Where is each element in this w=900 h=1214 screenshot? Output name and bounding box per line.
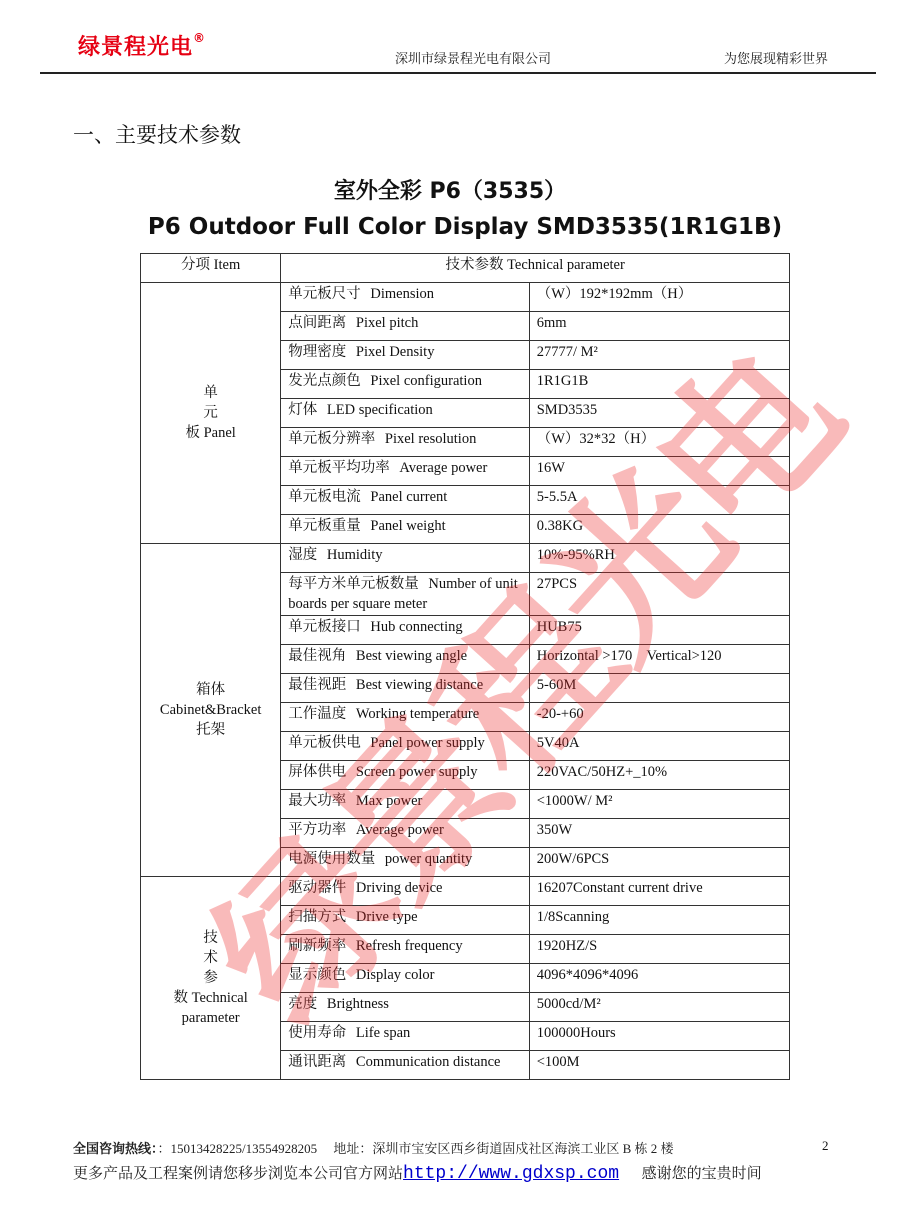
parameter-name-cn: 工作温度 — [288, 706, 346, 722]
parameter-name-en: Screen power supply — [356, 764, 478, 780]
parameter-value-cell: <100M — [529, 1051, 789, 1080]
parameter-value-cell: 16207Constant current drive — [529, 877, 789, 906]
parameter-value-cell: 100000Hours — [529, 1022, 789, 1051]
section-title: 一、主要技术参数 — [73, 119, 241, 149]
slogan: 为您展现精彩世界 — [724, 48, 828, 67]
parameter-name-cn: 扫描方式 — [288, 909, 346, 925]
parameter-value-cell: 6mm — [529, 312, 789, 341]
parameter-value-cell: （W）32*32（H） — [529, 428, 789, 457]
parameter-name-cell: 最佳视角 Best viewing angle — [281, 645, 529, 674]
parameter-name-en: Driving device — [356, 880, 443, 896]
parameter-name-cn: 单元板接口 — [288, 619, 361, 635]
parameter-name-cell: 单元板分辨率 Pixel resolution — [281, 428, 529, 457]
hotline-label: 全国咨询热线： — [73, 1141, 158, 1156]
parameter-name-cell: 单元板接口 Hub connecting — [281, 616, 529, 645]
parameter-value-cell: 5-60M — [529, 674, 789, 703]
parameter-value-cell: 5V40A — [529, 732, 789, 761]
parameter-name-cell: 平方功率 Average power — [281, 819, 529, 848]
parameter-name-en: Life span — [356, 1025, 410, 1041]
parameter-name-en: Humidity — [327, 547, 383, 563]
parameter-name-cn: 单元板分辨率 — [288, 431, 375, 447]
parameter-name-cn: 单元板平均功率 — [288, 460, 390, 476]
parameter-name-cell: 湿度 Humidity — [281, 544, 529, 573]
parameter-name-cell: 点间距离 Pixel pitch — [281, 312, 529, 341]
parameter-name-en: Panel weight — [370, 518, 445, 534]
parameter-name-cn: 物理密度 — [288, 344, 346, 360]
parameter-name-en: Drive type — [356, 909, 418, 925]
parameter-name-en: Best viewing distance — [356, 677, 483, 693]
spec-table: 分项 Item 技术参数 Technical parameter 单 元 板 P… — [140, 253, 790, 1080]
parameter-name-en: Best viewing angle — [356, 648, 467, 664]
parameter-name-cn: 单元板尺寸 — [288, 286, 361, 302]
parameter-value-cell: 27777/ M² — [529, 341, 789, 370]
parameter-name-en: Working temperature — [356, 706, 479, 722]
company-name: 深圳市绿景程光电有限公司 — [395, 48, 551, 67]
header-parameter: 技术参数 Technical parameter — [281, 254, 790, 283]
parameter-name-cn: 单元板电流 — [288, 489, 361, 505]
parameter-name-en: Hub connecting — [370, 619, 462, 635]
parameter-name-cell: 扫描方式 Drive type — [281, 906, 529, 935]
parameter-value-cell: 0.38KG — [529, 515, 789, 544]
parameter-name-en: Pixel configuration — [370, 373, 482, 389]
parameter-name-cn: 亮度 — [288, 996, 317, 1012]
parameter-name-cell: 单元板供电 Panel power supply — [281, 732, 529, 761]
parameter-name-cn: 发光点颜色 — [288, 373, 361, 389]
page-number: 2 — [822, 1138, 829, 1154]
category-cell: 箱体 Cabinet&Bracket 托架 — [141, 544, 281, 877]
parameter-name-cn: 使用寿命 — [288, 1025, 346, 1041]
parameter-value-cell: 10%-95%RH — [529, 544, 789, 573]
parameter-name-en: Pixel Density — [356, 344, 435, 360]
parameter-name-cn: 驱动器件 — [288, 880, 346, 896]
parameter-value-cell: 350W — [529, 819, 789, 848]
parameter-name-cn: 屏体供电 — [288, 764, 346, 780]
parameter-name-cn: 最大功率 — [288, 793, 346, 809]
parameter-name-cn: 单元板重量 — [288, 518, 361, 534]
parameter-value-cell: HUB75 — [529, 616, 789, 645]
product-title-en: P6 Outdoor Full Color Display SMD3535(1R… — [0, 214, 900, 240]
parameter-name-en: Refresh frequency — [356, 938, 463, 954]
parameter-name-cn: 电源使用数量 — [288, 851, 375, 867]
parameter-name-cn: 点间距离 — [288, 315, 346, 331]
table-row: 技 术 参 数 Technical parameter驱动器件 Driving … — [141, 877, 790, 906]
parameter-name-cell: 单元板平均功率 Average power — [281, 457, 529, 486]
parameter-name-cell: 电源使用数量 power quantity — [281, 848, 529, 877]
parameter-name-cn: 湿度 — [288, 547, 317, 563]
parameter-name-cell: 单元板尺寸 Dimension — [281, 283, 529, 312]
parameter-name-cn: 显示颜色 — [288, 967, 346, 983]
table-row: 单 元 板 Panel单元板尺寸 Dimension（W）192*192mm（H… — [141, 283, 790, 312]
parameter-name-cn: 每平方米单元板数量 — [288, 576, 419, 592]
parameter-name-cn: 平方功率 — [288, 822, 346, 838]
parameter-value-cell: 220VAC/50HZ+_10% — [529, 761, 789, 790]
header-divider — [40, 72, 876, 74]
parameter-name-en: Display color — [356, 967, 435, 983]
parameter-name-en: LED specification — [327, 402, 433, 418]
parameter-name-cell: 显示颜色 Display color — [281, 964, 529, 993]
parameter-name-cell: 单元板重量 Panel weight — [281, 515, 529, 544]
parameter-name-cell: 工作温度 Working temperature — [281, 703, 529, 732]
parameter-name-cell: 单元板电流 Panel current — [281, 486, 529, 515]
product-title-cn: 室外全彩 P6（3535） — [0, 174, 900, 205]
parameter-name-en: Average power — [399, 460, 487, 476]
category-cell: 单 元 板 Panel — [141, 283, 281, 544]
parameter-name-en: Max power — [356, 793, 422, 809]
parameter-value-cell: <1000W/ M² — [529, 790, 789, 819]
website-link[interactable]: http://www.gdxsp.com — [403, 1164, 619, 1184]
parameter-value-cell: 5-5.5A — [529, 486, 789, 515]
parameter-value-cell: 1R1G1B — [529, 370, 789, 399]
hotline-numbers: ：15013428225/13554928205 — [158, 1141, 318, 1156]
parameter-name-cell: 亮度 Brightness — [281, 993, 529, 1022]
parameter-name-en: Average power — [356, 822, 444, 838]
parameter-value-cell: 1920HZ/S — [529, 935, 789, 964]
parameter-name-en: Panel power supply — [370, 735, 484, 751]
thanks-text: 感谢您的宝贵时间 — [642, 1166, 762, 1182]
parameter-name-cn: 单元板供电 — [288, 735, 361, 751]
parameter-value-cell: 200W/6PCS — [529, 848, 789, 877]
parameter-name-en: Dimension — [370, 286, 434, 302]
company-logo: 绿景程光电® — [78, 30, 206, 61]
page-header: 绿景程光电® 深圳市绿景程光电有限公司 为您展现精彩世界 — [40, 0, 876, 75]
parameter-value-cell: SMD3535 — [529, 399, 789, 428]
table-header-row: 分项 Item 技术参数 Technical parameter — [141, 254, 790, 283]
footer-contact: 全国咨询热线：：15013428225/13554928205 地址：深圳市宝安… — [73, 1138, 674, 1157]
parameter-value-cell: 5000cd/M² — [529, 993, 789, 1022]
parameter-value-cell: 4096*4096*4096 — [529, 964, 789, 993]
parameter-name-cell: 最佳视距 Best viewing distance — [281, 674, 529, 703]
parameter-name-en: Brightness — [327, 996, 389, 1012]
more-info-text: 更多产品及工程案例请您移步浏览本公司官方网站 — [73, 1166, 403, 1182]
parameter-name-cell: 灯体 LED specification — [281, 399, 529, 428]
footer-website: 更多产品及工程案例请您移步浏览本公司官方网站http://www.gdxsp.c… — [73, 1162, 762, 1184]
parameter-name-cell: 屏体供电 Screen power supply — [281, 761, 529, 790]
header-item: 分项 Item — [141, 254, 281, 283]
parameter-name-cell: 最大功率 Max power — [281, 790, 529, 819]
address: 地址：深圳市宝安区西乡街道固戍社区海滨工业区 B 栋 2 楼 — [333, 1141, 673, 1156]
parameter-name-cell: 通讯距离 Communication distance — [281, 1051, 529, 1080]
parameter-name-cn: 刷新频率 — [288, 938, 346, 954]
parameter-name-cn: 最佳视角 — [288, 648, 346, 664]
parameter-name-en: Pixel pitch — [356, 315, 418, 331]
parameter-name-cell: 每平方米单元板数量 Number of unit boards per squa… — [281, 573, 529, 616]
parameter-value-cell: 16W — [529, 457, 789, 486]
parameter-name-cell: 驱动器件 Driving device — [281, 877, 529, 906]
parameter-name-cell: 物理密度 Pixel Density — [281, 341, 529, 370]
parameter-value-cell: -20-+60 — [529, 703, 789, 732]
table-row: 箱体 Cabinet&Bracket 托架湿度 Humidity10%-95%R… — [141, 544, 790, 573]
parameter-name-en: Panel current — [370, 489, 447, 505]
parameter-name-cell: 使用寿命 Life span — [281, 1022, 529, 1051]
parameter-name-cn: 灯体 — [288, 402, 317, 418]
parameter-name-cell: 发光点颜色 Pixel configuration — [281, 370, 529, 399]
parameter-name-cell: 刷新频率 Refresh frequency — [281, 935, 529, 964]
parameter-value-cell: 1/8Scanning — [529, 906, 789, 935]
parameter-name-cn: 通讯距离 — [288, 1054, 346, 1070]
parameter-name-en: Communication distance — [356, 1054, 501, 1070]
parameter-value-cell: Horizontal >170 Vertical>120 — [529, 645, 789, 674]
parameter-value-cell: （W）192*192mm（H） — [529, 283, 789, 312]
parameter-name-en: power quantity — [385, 851, 472, 867]
parameter-name-en: Pixel resolution — [385, 431, 476, 447]
parameter-name-cn: 最佳视距 — [288, 677, 346, 693]
category-cell: 技 术 参 数 Technical parameter — [141, 877, 281, 1080]
parameter-value-cell: 27PCS — [529, 573, 789, 616]
